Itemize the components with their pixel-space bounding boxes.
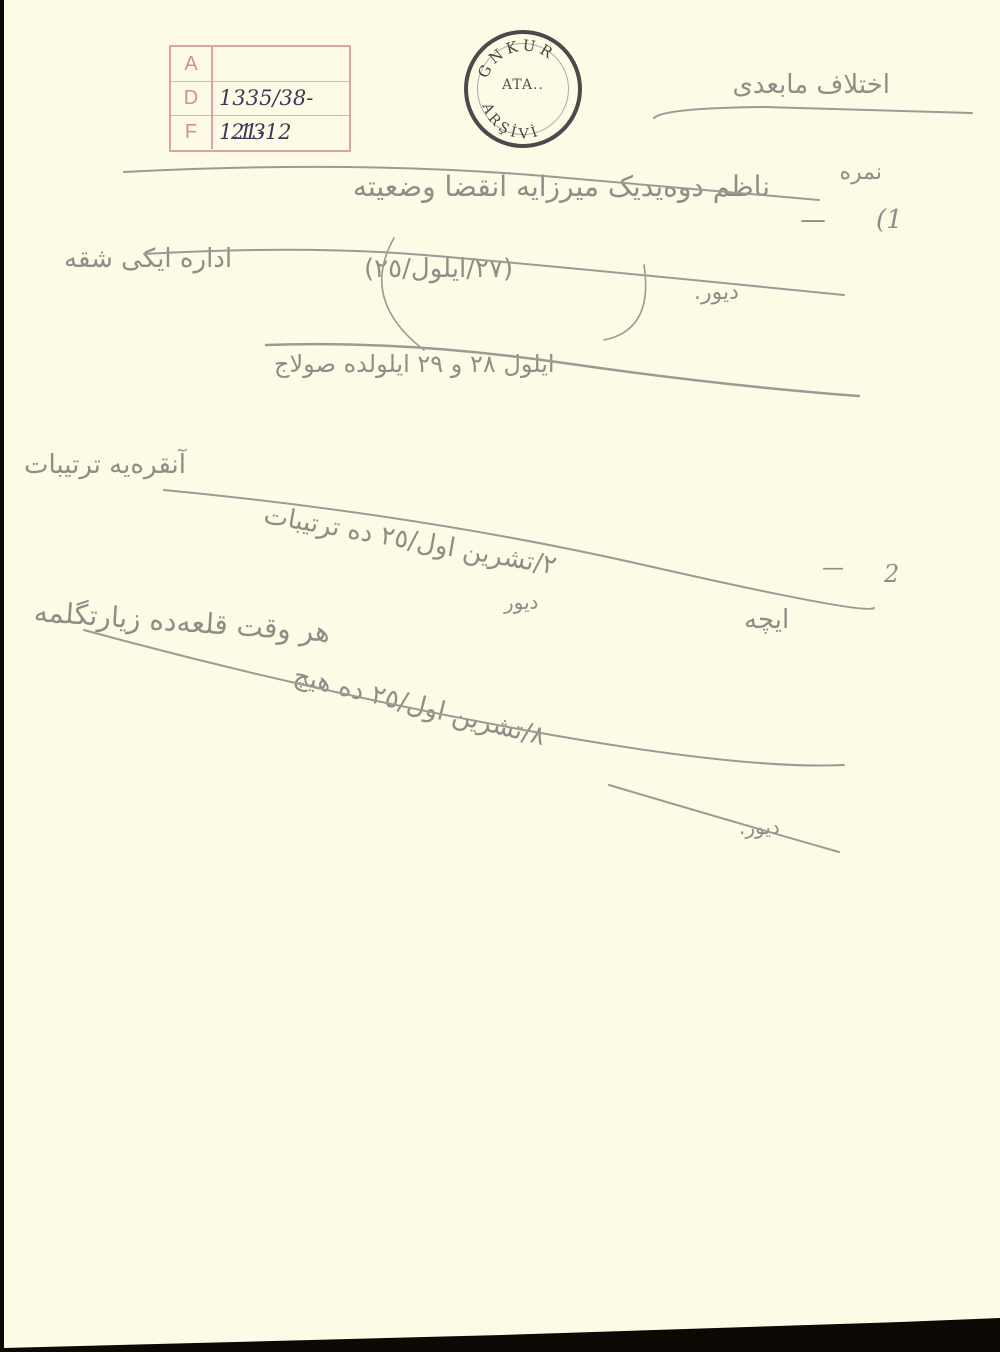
- document-page: A D 1335/38-1.13 F 21-12 GNKUR ARŞİVİ A: [4, 0, 1000, 1352]
- heading-underline: [654, 107, 972, 118]
- strike-lines: [4, 0, 1000, 1352]
